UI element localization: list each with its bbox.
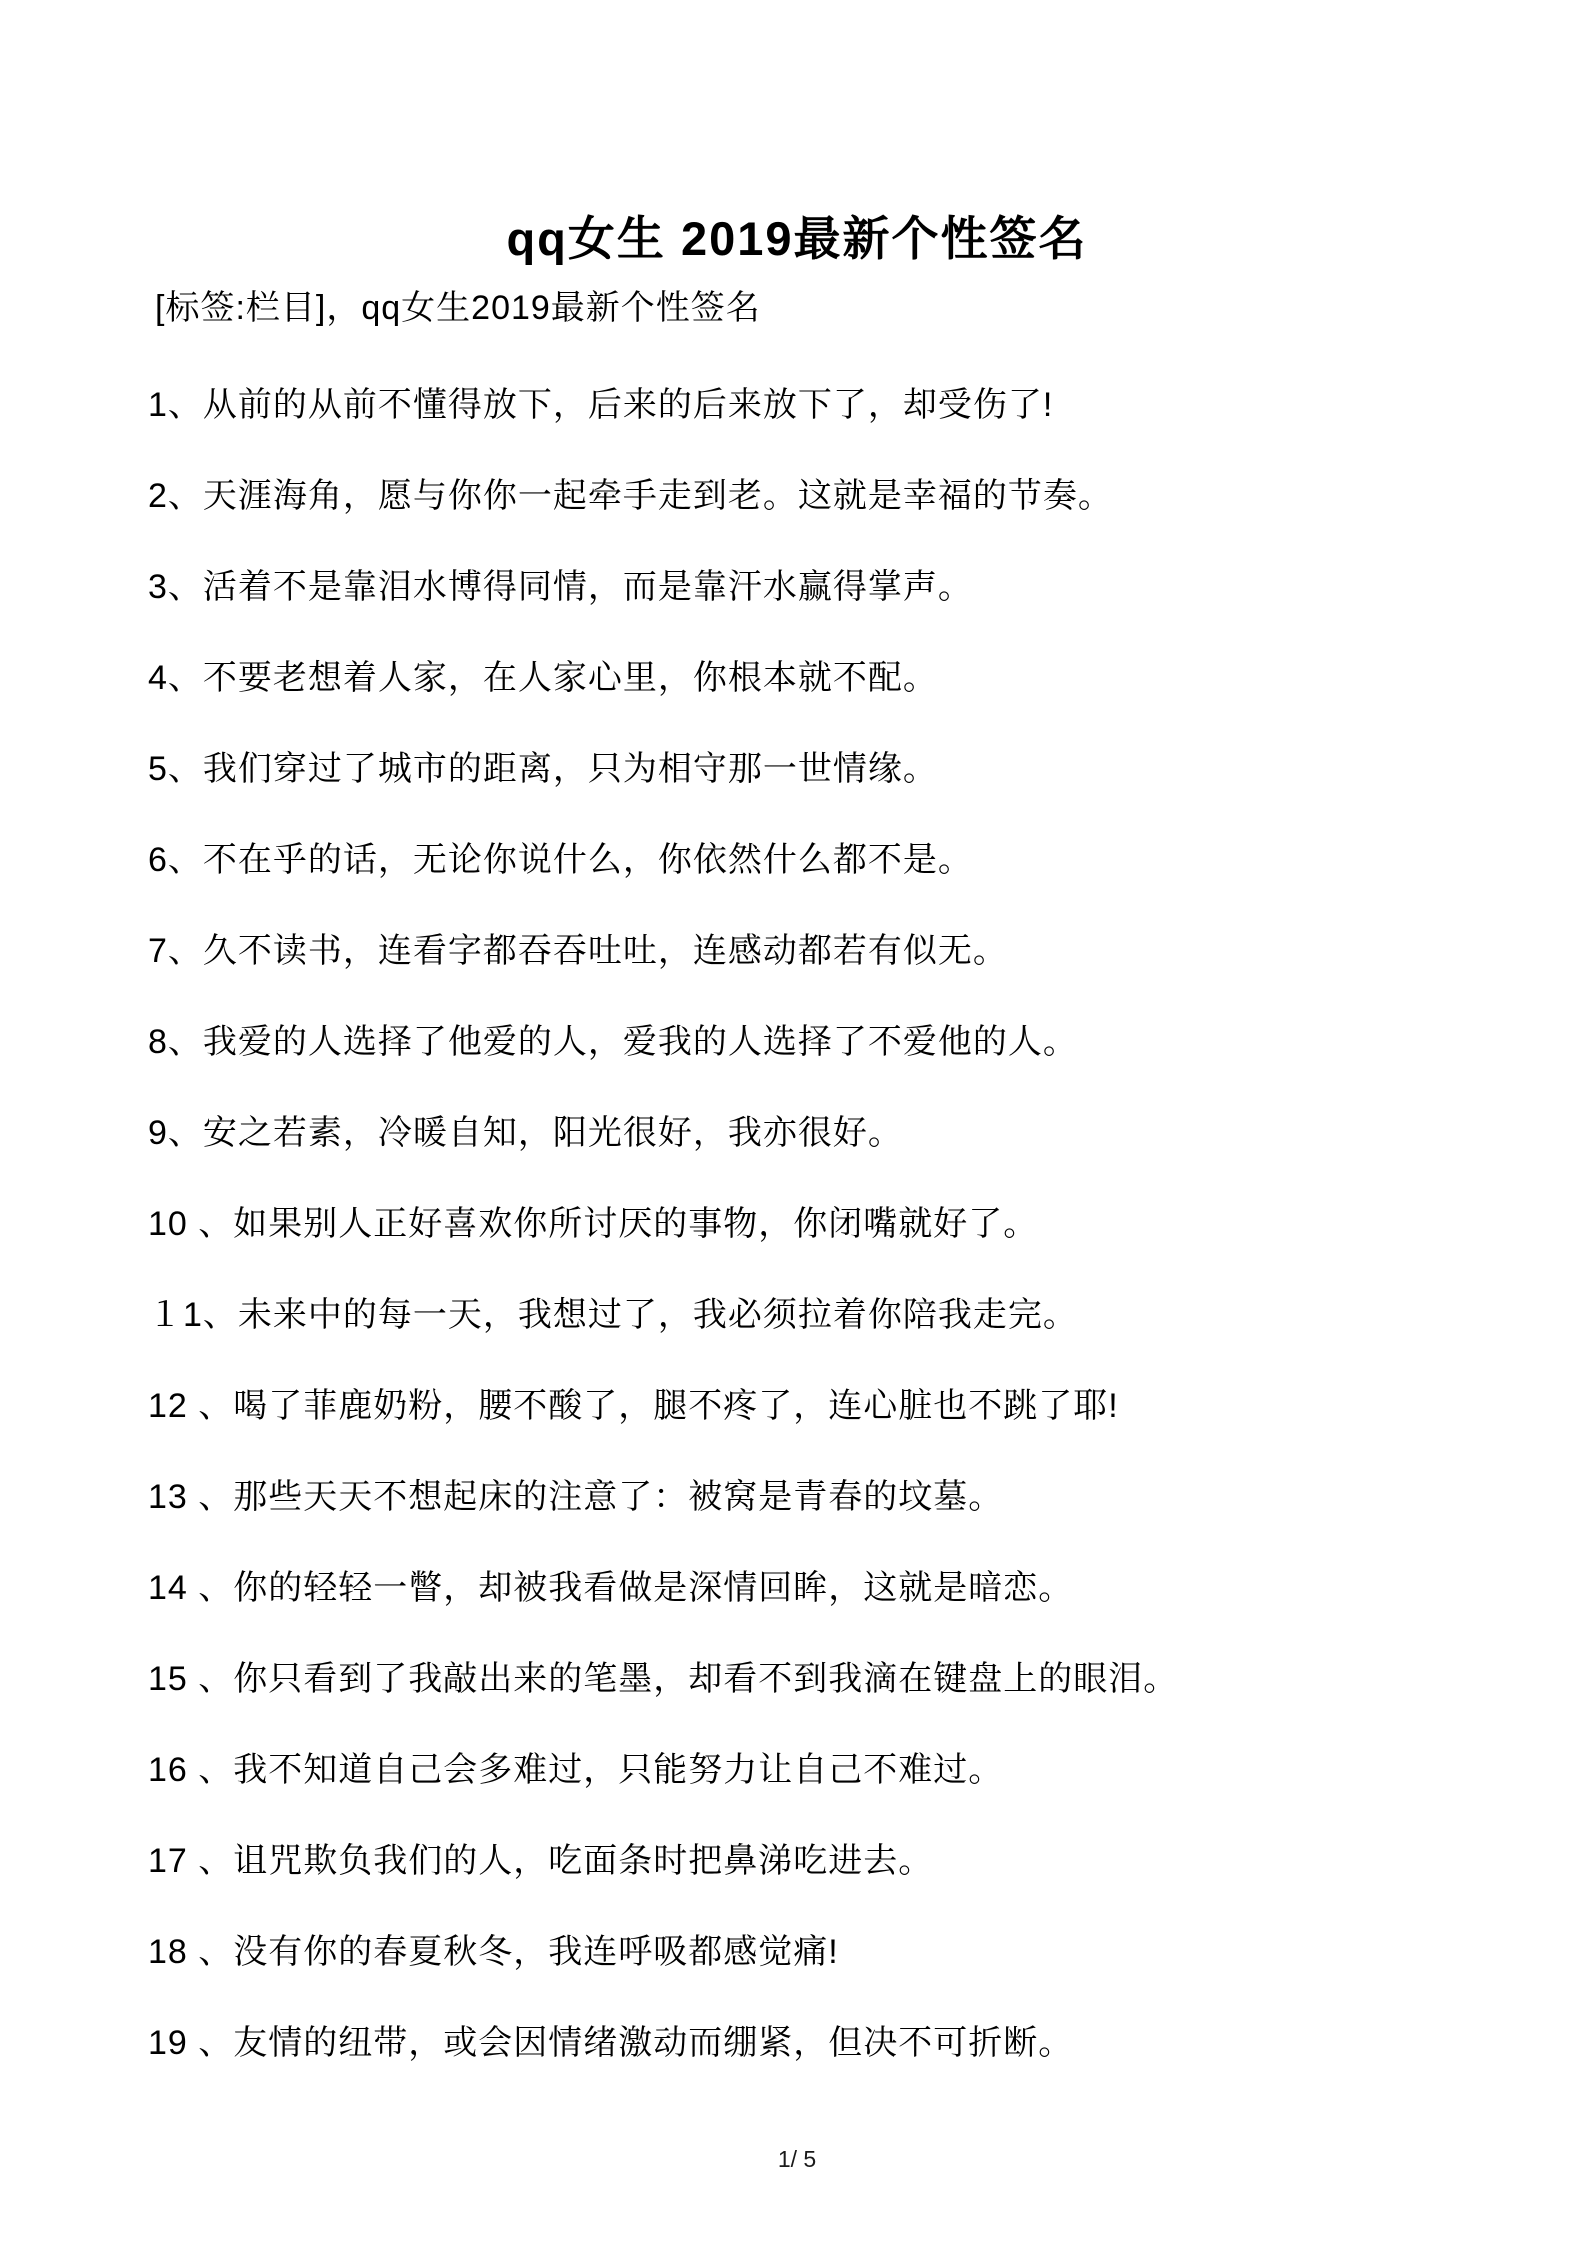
page-number: 1/ 5 — [0, 2146, 1594, 2173]
signature-line: 7、久不读书，连看字都吞吞吐吐，连感动都若有似无。 — [148, 934, 1484, 969]
signature-line: 9、安之若素，冷暖自知，阳光很好，我亦很好。 — [148, 1116, 1484, 1151]
signature-line: 8、我爱的人选择了他爱的人，爱我的人选择了不爱他的人。 — [148, 1025, 1484, 1060]
signature-list: 1、从前的从前不懂得放下，后来的后来放下了，却受伤了! 2、天涯海角，愿与你你一… — [148, 388, 1484, 2117]
signature-line: 14 、你的轻轻一瞥，却被我看做是深情回眸，这就是暗恋。 — [148, 1571, 1484, 1606]
signature-line: 13 、那些天天不想起床的注意了：被窝是青春的坟墓。 — [148, 1480, 1484, 1515]
signature-line: 3、活着不是靠泪水博得同情，而是靠汗水赢得掌声。 — [148, 570, 1484, 605]
signature-line: 5、我们穿过了城市的距离，只为相守那一世情缘。 — [148, 752, 1484, 787]
signature-line: １1、未来中的每一天，我想过了，我必须拉着你陪我走完。 — [148, 1298, 1484, 1333]
document-page: qq女生 2019最新个性签名 [标签:栏目]，qq女生2019最新个性签名 1… — [0, 0, 1594, 2256]
signature-line: 15 、你只看到了我敲出来的笔墨，却看不到我滴在键盘上的眼泪。 — [148, 1662, 1484, 1697]
signature-line: 1、从前的从前不懂得放下，后来的后来放下了，却受伤了! — [148, 388, 1484, 423]
signature-line: 4、不要老想着人家，在人家心里，你根本就不配。 — [148, 661, 1484, 696]
page-title: qq女生 2019最新个性签名 — [0, 211, 1594, 267]
signature-line: 16 、我不知道自己会多难过，只能努力让自己不难过。 — [148, 1753, 1484, 1788]
signature-line: 6、不在乎的话，无论你说什么，你依然什么都不是。 — [148, 843, 1484, 878]
signature-line: 12 、喝了菲鹿奶粉，腰不酸了，腿不疼了，连心脏也不跳了耶! — [148, 1389, 1484, 1424]
signature-line: 17 、诅咒欺负我们的人，吃面条时把鼻涕吃进去。 — [148, 1844, 1484, 1879]
tag-subtitle: [标签:栏目]，qq女生2019最新个性签名 — [155, 288, 1474, 329]
signature-line: 2、天涯海角，愿与你你一起牵手走到老。这就是幸福的节奏。 — [148, 479, 1484, 514]
signature-line: 10 、如果别人正好喜欢你所讨厌的事物，你闭嘴就好了。 — [148, 1207, 1484, 1242]
signature-line: 19 、友情的纽带，或会因情绪激动而绷紧，但决不可折断。 — [148, 2026, 1484, 2061]
signature-line: 18 、没有你的春夏秋冬，我连呼吸都感觉痛! — [148, 1935, 1484, 1970]
